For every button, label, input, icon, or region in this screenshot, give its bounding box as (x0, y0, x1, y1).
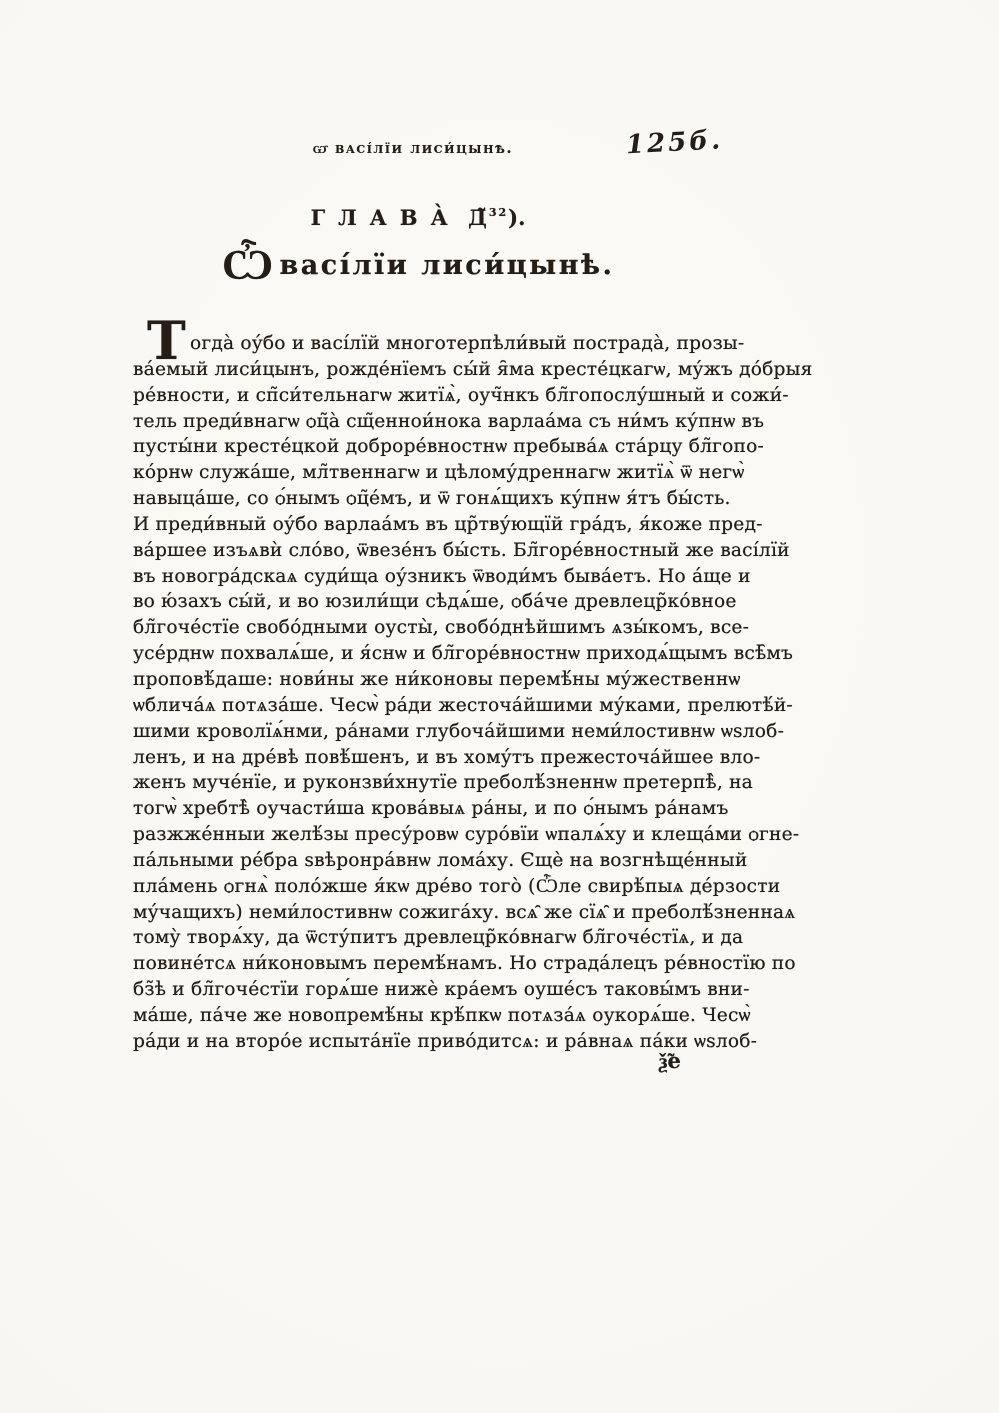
body-line: ва́ршее изъѧвѝ сло́во, ѿвезе́нъ бы́сть. … (133, 538, 722, 564)
body-line: ре́вности, и сп̃си́тельнагѡ житїѧ̀, оуч̃… (133, 383, 722, 409)
body-line: во ю́захъ сы́й, и во юзили́щи сѣдѧ́ше, ѻ… (133, 589, 722, 615)
body-line: ра́ди и на второ́е испыта́нїе приво́дитс… (133, 1029, 722, 1055)
body-line: тому̀ творѧ́ху, да ѿсту́питъ древлецр̃ко… (133, 925, 722, 951)
body-line: тогѡ̀ хребтѣ̀ оучасти́ша крова́выѧ ра́ны… (133, 796, 722, 822)
body-line: ко́рнѡ служа́ше, мл̃твеннагѡ и цѣлому́др… (133, 460, 722, 486)
drop-cap-initial: Т (147, 316, 186, 368)
chapter-heading: ГЛАВА̀Д̃32). (133, 205, 703, 230)
body-line: пла́мень ѻгнѧ̀ поло́жше я́кѡ дре́во того… (133, 874, 722, 900)
body-line: шими кроволїѧ́нми, ра́нами глубоча́йшими… (133, 719, 722, 745)
body-line: разжже́нныи желѣ́зы пресу́ровѡ суро́вїи … (133, 822, 722, 848)
section-title-initial: Ѽ (222, 240, 274, 289)
body-line: ва́емый лиси́цынъ, рожде́нїемъ сы́й я̑ма… (133, 357, 722, 383)
body-first-line-text: огда̀ оу́бо и васі́лїй многотерпѣли́вый … (190, 333, 744, 354)
body-line: му́чащихъ) неми́лостивнѡ сожига́ху. всѧ̑… (133, 900, 722, 926)
scanned-book-page: ѡ̑ васі́лїи лиси́цынѣ. 125б. ГЛАВА̀Д̃32)… (0, 0, 999, 1413)
body-line: ѡблича́ѧ потѧза́ше. Чесѡ̀ ра́ди жесточа́… (133, 693, 722, 719)
chapter-number: Д̃ (468, 205, 489, 230)
body-line: усе́рднѡ похвалѧ́ше, и я́снѡ и бл̃горе́в… (133, 641, 722, 667)
body-line: повине́тсѧ ни́коновымъ перемѣ́намъ. Но с… (133, 951, 722, 977)
body-line: проповѣ́даше: нови́ны же ни́коновы перем… (133, 667, 722, 693)
section-title: Ѽвасі́лїи лиси́цынѣ. (133, 250, 703, 281)
page-number-handwritten: 125б. (625, 126, 716, 161)
body-line: ленъ, и на дре́вѣ повѣ́шенъ, и въ хому́т… (133, 745, 722, 771)
chapter-heading-word: ГЛАВА̀ (311, 205, 461, 230)
body-line: бз̃ѣ и бл̃гоче́стїи горѧ́ше нижѐ кра́емъ… (133, 977, 722, 1003)
body-line: ма́ше, па́че же новопремѣ́ны крѣ́пкѡ пот… (133, 1003, 722, 1029)
running-header: ѡ̑ васі́лїи лиси́цынѣ. (133, 139, 693, 157)
body-lines: ва́емый лиси́цынъ, рожде́нїемъ сы́й я̑ма… (133, 357, 722, 1055)
footnote-reference: 32 (489, 206, 508, 219)
body-line: па́льными ре́бра ѕвѣронра́внѡ лома́ху. Є… (133, 848, 722, 874)
section-title-text: васі́лїи лиси́цынѣ. (280, 250, 615, 281)
body-line: навыца́ше, со ѻ́нымъ ѻц̃е́мъ, и ѿ гонѧ́щ… (133, 486, 722, 512)
body-line: въ новогра́дскаѧ суди́ща оу́зникъ ѿводи́… (133, 564, 722, 590)
body-line: И преди́вный оу́бо варлаа́мъ въ цр̃тву́ю… (133, 512, 722, 538)
body-line: тель преди́внагѡ ѻц̃а̀ сщ̃еннои́нока вар… (133, 409, 722, 435)
chapter-heading-close: ). (508, 205, 525, 230)
body-line: бл̃гоче́стїе свобо́дными оусты̀, свобо́д… (133, 615, 722, 641)
body-line: женъ муче́нїе, и руконзви́хнутїе преболѣ… (133, 770, 722, 796)
body-line: пусты́ни кресте́цкой доброре́вностнѡ пре… (133, 434, 722, 460)
quire-signature-mark: ѯ̃е (659, 1048, 681, 1074)
body-first-line: Тогда̀ оу́бо и васі́лїй многотерпѣли́вый… (133, 331, 722, 357)
body-text-block: Тогда̀ оу́бо и васі́лїй многотерпѣли́вый… (133, 331, 722, 1055)
